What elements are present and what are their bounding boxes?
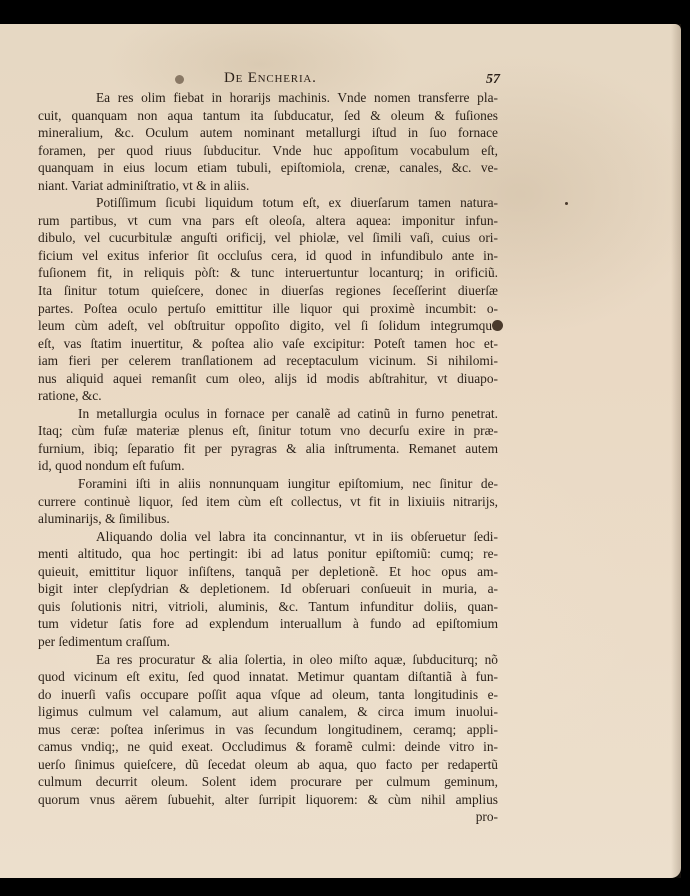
ink-blot [492, 320, 503, 331]
text-line: leum cùm adeſt, vel obſtruitur oppoſito … [38, 317, 498, 335]
text-line: per ſedimentum craſſum. [38, 633, 498, 651]
text-line: fuſionem fit, in reliquis pòſt: & tunc i… [38, 264, 498, 282]
text-line: do inuerſi vaſis occupare poſſit aqua vſ… [38, 686, 498, 704]
text-line: Ea res olim fiebat in horarijs machinis.… [38, 89, 498, 107]
text-line: Potiſſimum ſicubi liquidum totum eſt, ex… [38, 194, 498, 212]
text-line: quis ſolutionis nitri, vitrioli, alumini… [38, 598, 498, 616]
text-line: Foramini iſti in aliis nonnunquam iungit… [38, 475, 498, 493]
text-line: mineralium, &c. Oculum autem nominant me… [38, 124, 498, 142]
text-line: eſt, vas ſtatim inuertitur, & poſtea ali… [38, 335, 498, 353]
text-line: quorum vnus aërem ſubuehit, alter ſurrip… [38, 791, 498, 809]
text-line: culmum decurrit oleum. Solent idem procu… [38, 773, 498, 791]
text-line: ratione, &c. [38, 387, 498, 405]
text-line: partes. Poſtea oculo pertuſo emittitur i… [38, 300, 498, 318]
text-line: ligimus culmum vel calamum, aut alium ca… [38, 703, 498, 721]
body-text: Ea res olim fiebat in horarijs machinis.… [38, 89, 498, 826]
text-line: quieuit, emittitur liquor inſiſtens, tan… [38, 563, 498, 581]
fleuron-ornament-icon [175, 75, 184, 84]
catchword: pro- [38, 808, 498, 826]
text-line: tum videtur ſatis fore ad explendum inte… [38, 615, 498, 633]
text-line: camus vndiq;, ne quid exeat. Occludimus … [38, 738, 498, 756]
text-line: foramen, per quod riuus ſubducitur. Vnde… [38, 142, 498, 160]
text-line: furnium, ibiq; ſeparatio fit per pyragra… [38, 440, 498, 458]
running-head-title: De Encheria. [224, 70, 317, 87]
text-line: quanquam in eius locum etiam tubuli, epi… [38, 159, 498, 177]
text-line: iam fieri per celerem tranſlationem ad r… [38, 352, 498, 370]
page-number: 57 [486, 72, 500, 88]
text-line: Ita ſinitur totum quieſcere, donec in di… [38, 282, 498, 300]
text-line: niant. Variat adminiſtratio, vt & in ali… [38, 177, 498, 195]
book-page: De Encheria. 57 Ea res olim fiebat in ho… [0, 24, 681, 878]
ink-speck [565, 202, 568, 205]
text-line: ficium vel exitus inferior ſit occluſus … [38, 247, 498, 265]
text-line: rum partibus, vt cum vna pars eſt oleoſa… [38, 212, 498, 230]
text-line: mus ceræ: poſtea inſerimus in vas ſecund… [38, 721, 498, 739]
text-line: dibulo, vel cucurbitulæ anguſti orificij… [38, 229, 498, 247]
text-line: In metallurgia oculus in fornace per can… [38, 405, 498, 423]
text-line: menti altitudo, qua hoc pertingit: ibi a… [38, 545, 498, 563]
text-line: cuit, quanquam non aqua tantum ita ſubdu… [38, 107, 498, 125]
text-line: id, quod nondum eſt fuſum. [38, 457, 498, 475]
text-line: Itaq; cùm fuſæ materiæ plenus eſt, ſinit… [38, 422, 498, 440]
text-line: Aliquando dolia vel labra ita concinnant… [38, 528, 498, 546]
text-line: nus aliquid aquei remanſit cum oleo, ali… [38, 370, 498, 388]
text-line: uerſo ſinimus quieſcere, dũ ſecedat oleu… [38, 756, 498, 774]
text-line: aluminarijs, & ſimilibus. [38, 510, 498, 528]
text-line: quod vicinum eſt exitu, ſed quod innatat… [38, 668, 498, 686]
text-line: Ea res procuratur & alia ſolertia, in ol… [38, 651, 498, 669]
text-line: bigit inter clepſydrian & depletionem. I… [38, 580, 498, 598]
text-line: currere continuè liquor, ſed item cùm eſ… [38, 493, 498, 511]
